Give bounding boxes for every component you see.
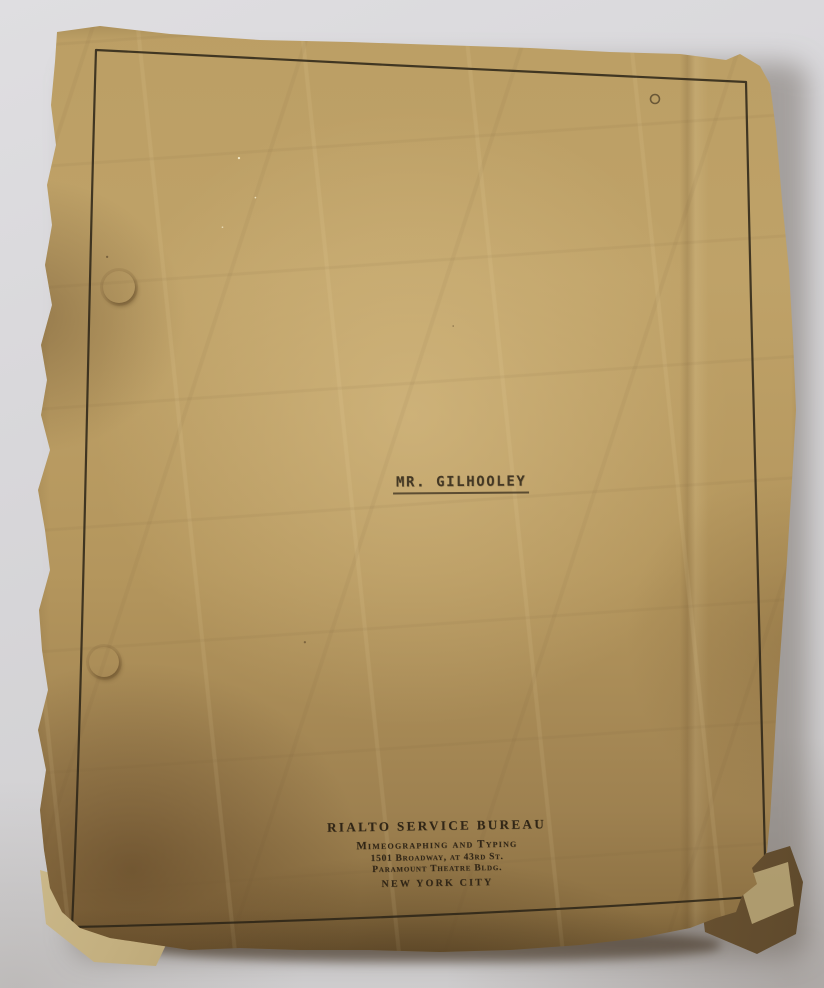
photo-background: MR. GILHOOLEY RIALTO SERVICE BUREAU Mime… (0, 0, 824, 988)
brass-fastener-bottom (89, 647, 119, 677)
script-title: MR. GILHOOLEY (393, 474, 530, 495)
imprint-bureau-name: RIALTO SERVICE BUREAU (296, 816, 576, 836)
imprint-block: RIALTO SERVICE BUREAU Mimeographing and … (296, 816, 577, 891)
brass-fastener-top (103, 271, 135, 303)
script-cover: MR. GILHOOLEY RIALTO SERVICE BUREAU Mime… (0, 0, 824, 988)
ring-mark (651, 95, 660, 104)
